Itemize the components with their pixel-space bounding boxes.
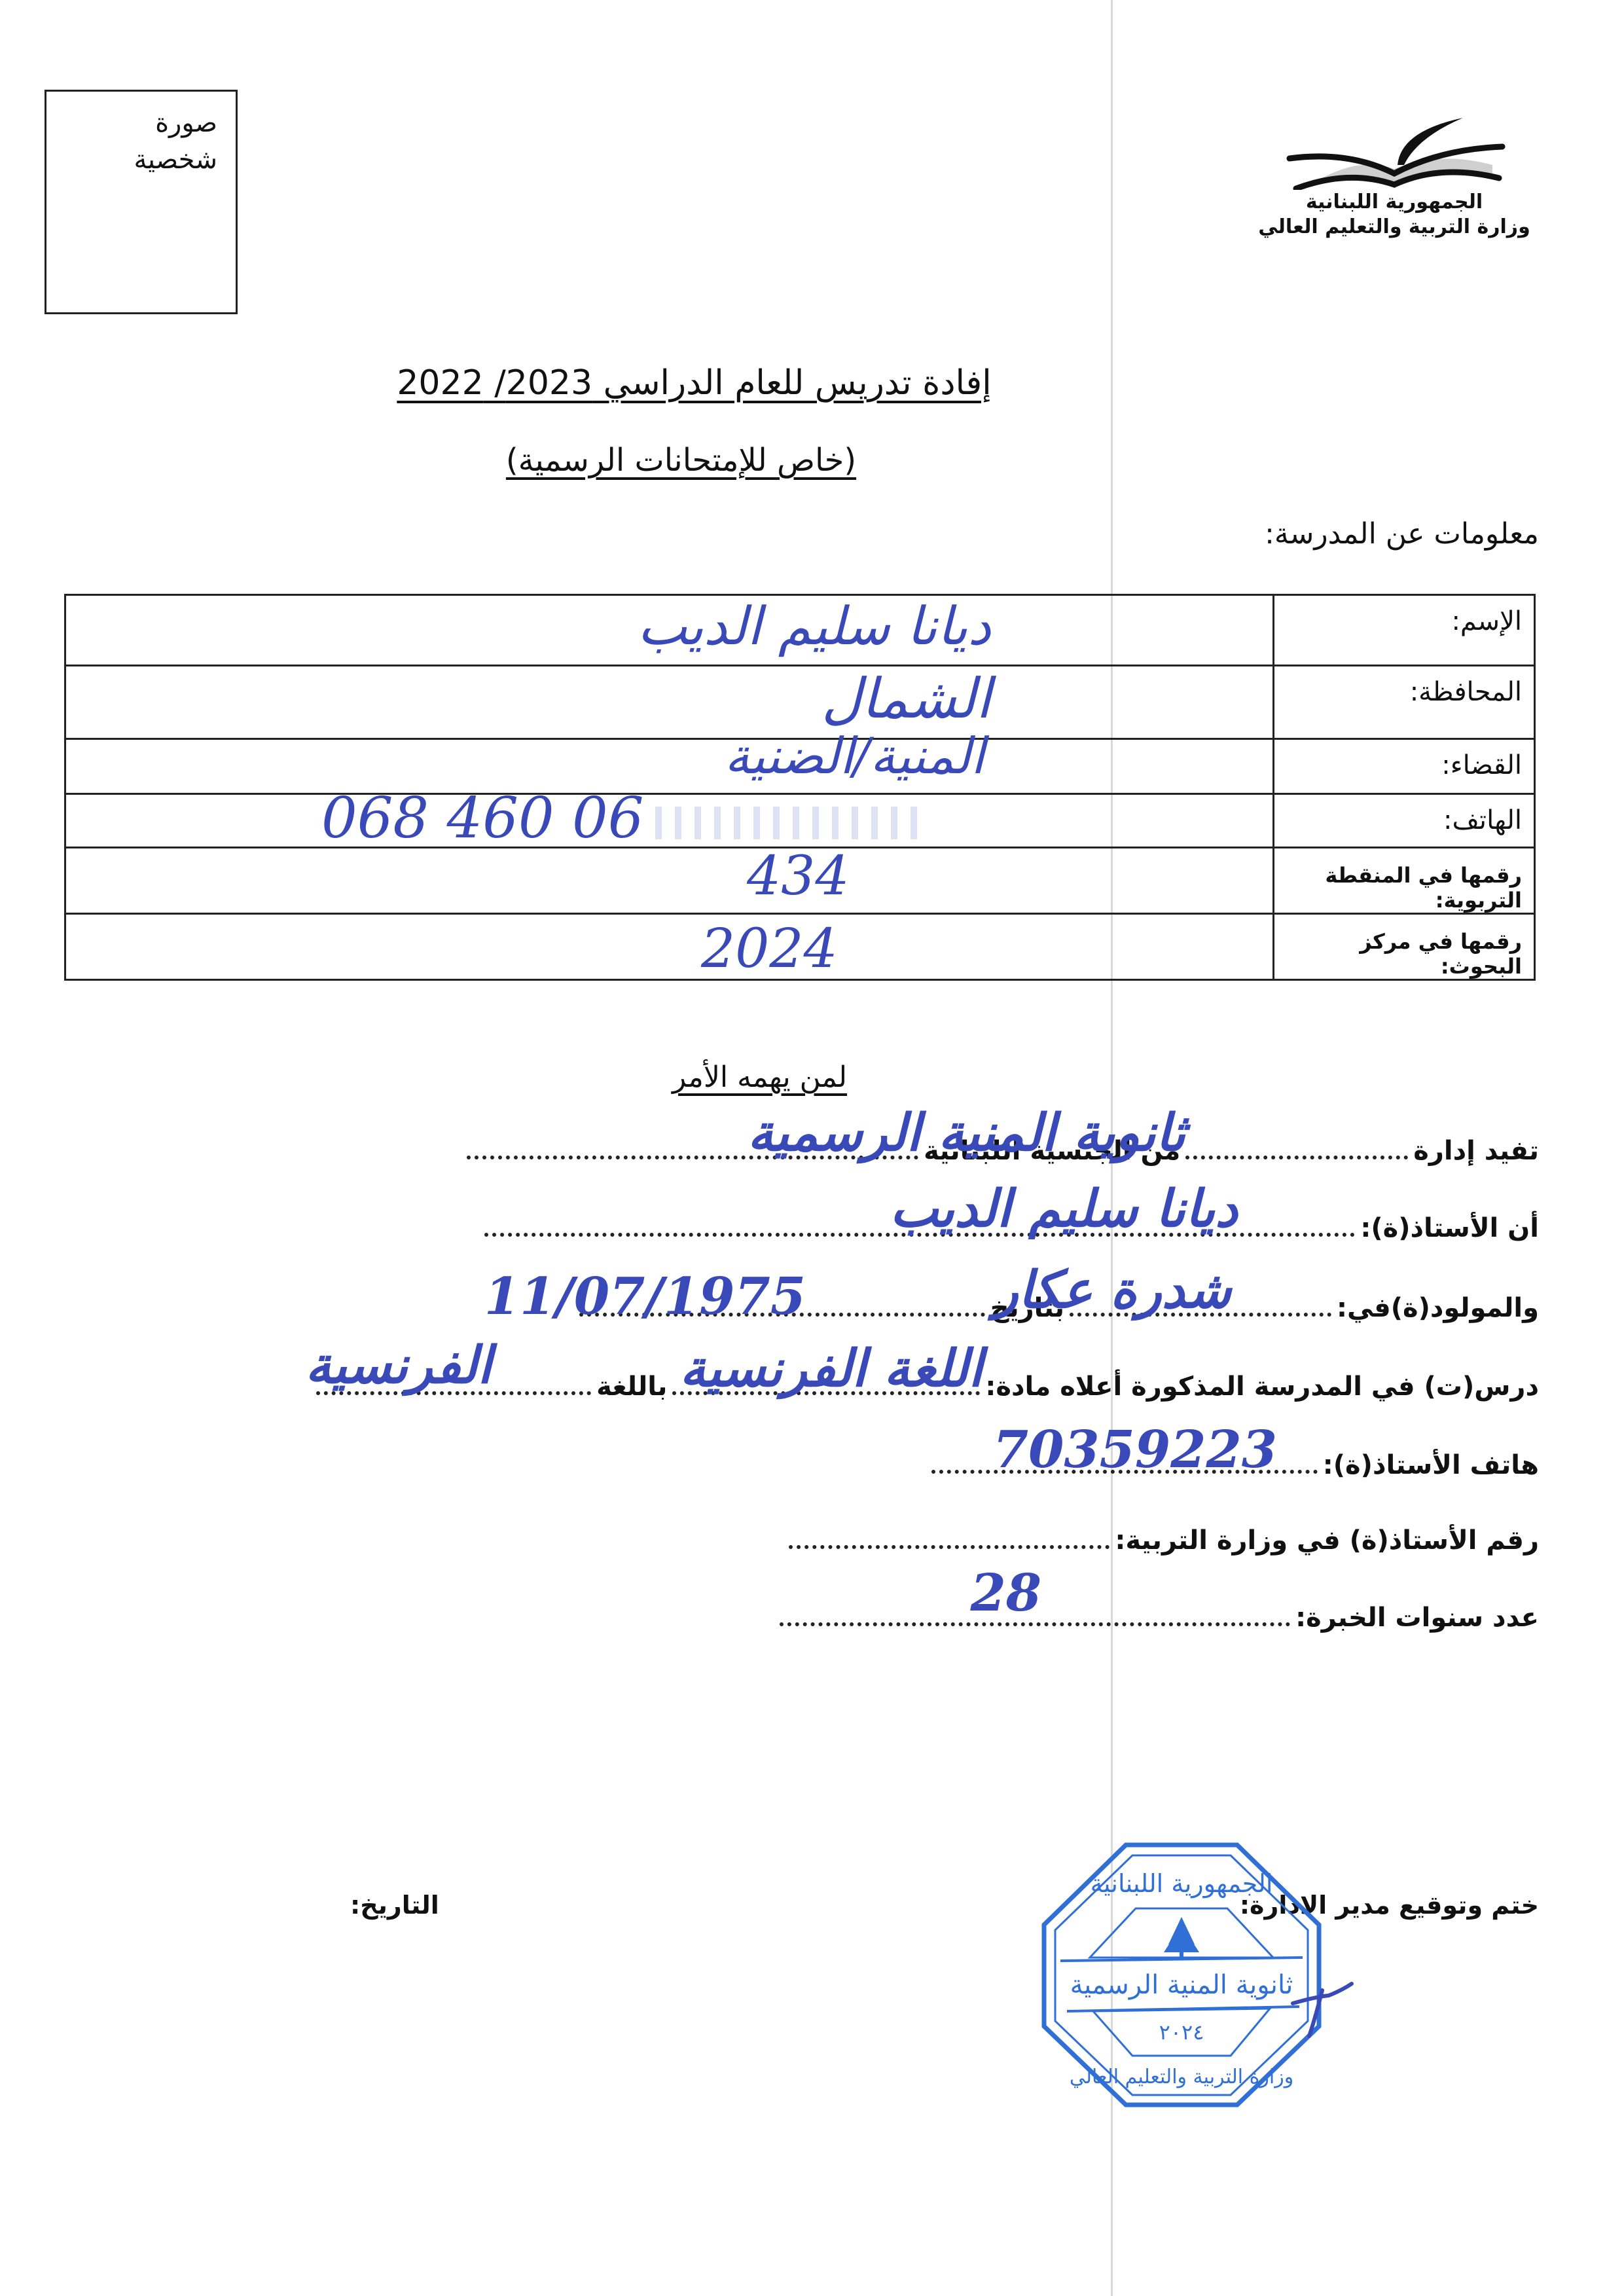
letter-line-ministry-number: رقم الأستاذ(ة) في وزارة التربية: xyxy=(784,1525,1539,1556)
birthplace-handwritten[interactable]: شدرة عكار xyxy=(994,1260,1231,1320)
row-label-phone: الهاتف: xyxy=(1274,794,1535,848)
document-title: إفادة تدريس للعام الدراسي 2023/ 2022 xyxy=(0,363,1624,403)
svg-text:الجمهورية اللبنانية: الجمهورية اللبنانية xyxy=(1091,1869,1273,1899)
row-label-district: القضاء: xyxy=(1274,739,1535,794)
school-info-table: الإسم: ديانا سليم الديب المحافظة: الشمال… xyxy=(64,594,1536,981)
open-book-icon xyxy=(1276,92,1512,190)
table-row: الإسم: ديانا سليم الديب xyxy=(65,595,1535,666)
octagon-stamp-icon: الجمهورية اللبنانية ثانوية المنية الرسمي… xyxy=(1041,1840,1322,2108)
cedar-icon xyxy=(1164,1917,1199,1952)
row-value-edu-zone-number[interactable]: 434 xyxy=(65,848,1274,914)
letter-line-experience: عدد سنوات الخبرة: 28 xyxy=(774,1603,1539,1633)
redacted-phone-smudge xyxy=(655,807,930,839)
logo-text-ministry: وزارة التربية والتعليم العالي xyxy=(1257,215,1532,240)
language-handwritten[interactable]: الفرنسية xyxy=(305,1336,492,1395)
school-name-handwritten[interactable]: ثانوية المنية الرسمية xyxy=(748,1103,1185,1163)
personal-photo-box: صورة شخصية xyxy=(45,90,238,314)
photo-label-line1: صورة xyxy=(134,105,217,141)
row-value-name[interactable]: ديانا سليم الديب xyxy=(65,595,1274,666)
row-value-phone[interactable]: 06 460 068 xyxy=(65,794,1274,848)
table-row: الهاتف: 06 460 068 xyxy=(65,794,1535,848)
table-row: رقمها في المنقطة التربوية: 434 xyxy=(65,848,1535,914)
ministry-logo: الجمهورية اللبنانية وزارة التربية والتعل… xyxy=(1257,92,1532,249)
svg-text:وزارة التربية والتعليم العالي: وزارة التربية والتعليم العالي xyxy=(1070,2066,1293,2088)
row-label-research-center-number: رقمها في مركز البحوث: xyxy=(1274,914,1535,980)
letter-line-administration: تفيد إدارةمن الجنسية اللبنانية ثانوية ال… xyxy=(461,1136,1539,1166)
letter-line-teacher-phone: هاتف الأستاذ(ة): 70359223 xyxy=(926,1450,1539,1480)
to-whom-heading: لمن يهمه الأمر xyxy=(0,1061,1624,1094)
birthdate-handwritten[interactable]: 11/07/1975 xyxy=(484,1267,806,1326)
date-label: التاريخ: xyxy=(350,1891,439,1920)
letter-line-birth: والمولود(ة)في:بتاريخ شدرة عكار 11/07/197… xyxy=(574,1293,1539,1323)
letter-line-subject: درس(ت) في المدرسة المذكورة أعلاه مادة:با… xyxy=(311,1372,1539,1402)
school-stamp: الجمهورية اللبنانية ثانوية المنية الرسمي… xyxy=(1041,1840,1322,2108)
teacher-name-handwritten[interactable]: ديانا سليم الديب xyxy=(890,1179,1238,1239)
row-value-governorate[interactable]: الشمال xyxy=(65,666,1274,739)
document-subtitle: (خاص للإمتحانات الرسمية) xyxy=(0,442,1624,479)
director-signature-icon xyxy=(1290,1964,1368,2043)
row-label-name: الإسم: xyxy=(1274,595,1535,666)
teacher-phone-handwritten[interactable]: 70359223 xyxy=(993,1420,1277,1480)
school-info-heading: معلومات عن المدرسة: xyxy=(1265,517,1539,551)
row-label-edu-zone-number: رقمها في المنقطة التربوية: xyxy=(1274,848,1535,914)
svg-text:٢٠٢٤: ٢٠٢٤ xyxy=(1159,2020,1204,2045)
table-row: القضاء: المنية/الضنية xyxy=(65,739,1535,794)
row-value-district[interactable]: المنية/الضنية xyxy=(65,739,1274,794)
logo-text-republic: الجمهورية اللبنانية xyxy=(1257,190,1532,215)
svg-text:ثانوية المنية الرسمية: ثانوية المنية الرسمية xyxy=(1070,1970,1293,2000)
subject-handwritten[interactable]: اللغة الفرنسية xyxy=(680,1339,983,1398)
experience-years-handwritten[interactable]: 28 xyxy=(970,1563,1041,1623)
photo-label-line2: شخصية xyxy=(134,141,217,178)
row-label-governorate: المحافظة: xyxy=(1274,666,1535,739)
row-value-research-center-number[interactable]: 2024 xyxy=(65,914,1274,980)
letter-line-teacher: أن الأستاذ(ة): ديانا سليم الديب xyxy=(479,1213,1539,1243)
table-row: رقمها في مركز البحوث: 2024 xyxy=(65,914,1535,980)
